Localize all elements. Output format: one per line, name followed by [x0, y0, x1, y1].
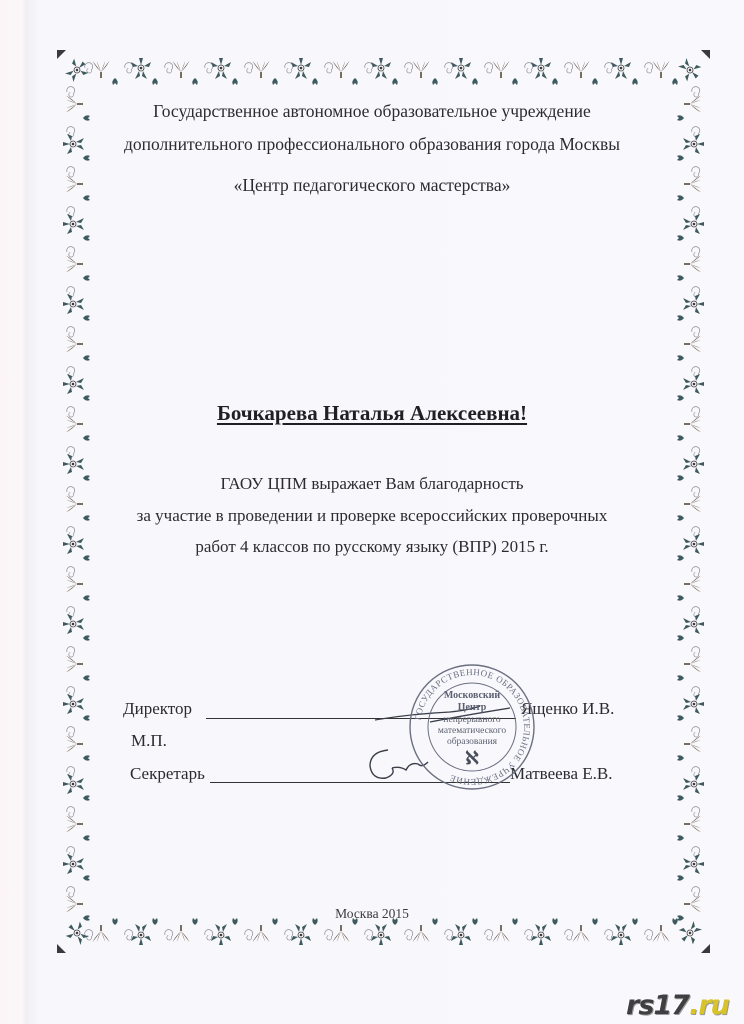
director-label: Директор [123, 699, 192, 719]
org-name-line-1: Государственное автономное образовательн… [0, 101, 744, 122]
body-line-1: ГАОУ ЦПМ выражает Вам благодарность [0, 474, 744, 494]
city-year: Москва 2015 [0, 906, 744, 922]
recipient-name: Бочкарева Наталья Алексеевна! [217, 401, 527, 425]
watermark-tld: .ru [689, 990, 729, 1021]
stamp-line-4: математического [438, 726, 506, 736]
org-name-line-2: дополнительного профессионального образо… [0, 134, 744, 155]
stamp-line-3: непрерывного [443, 715, 500, 725]
org-name-line-3: «Центр педагогического мастерства» [0, 175, 744, 196]
watermark-main: rs17 [626, 990, 689, 1021]
aleph-icon: ℵ [465, 748, 479, 769]
site-watermark: rs17.ru [626, 990, 729, 1021]
body-line-3: работ 4 классов по русскому языку (ВПР) … [0, 537, 744, 557]
stamp-line-2: Центр [458, 702, 487, 713]
stamp-line-5: образования [447, 736, 498, 747]
certificate-page: Государственное автономное образовательн… [0, 0, 744, 1024]
body-line-2: за участие в проведении и проверке всеро… [0, 506, 744, 526]
stamp-line-1: Московский [444, 690, 501, 701]
recipient-name-heading: Бочкарева Наталья Алексеевна! [0, 401, 744, 426]
seal-label: М.П. [131, 731, 167, 751]
official-stamp-icon: ГОСУДАРСТВЕННОЕ ОБРАЗОВАТЕЛЬНОЕ УЧРЕЖДЕН… [407, 662, 537, 792]
secretary-label: Секретарь [130, 764, 205, 784]
